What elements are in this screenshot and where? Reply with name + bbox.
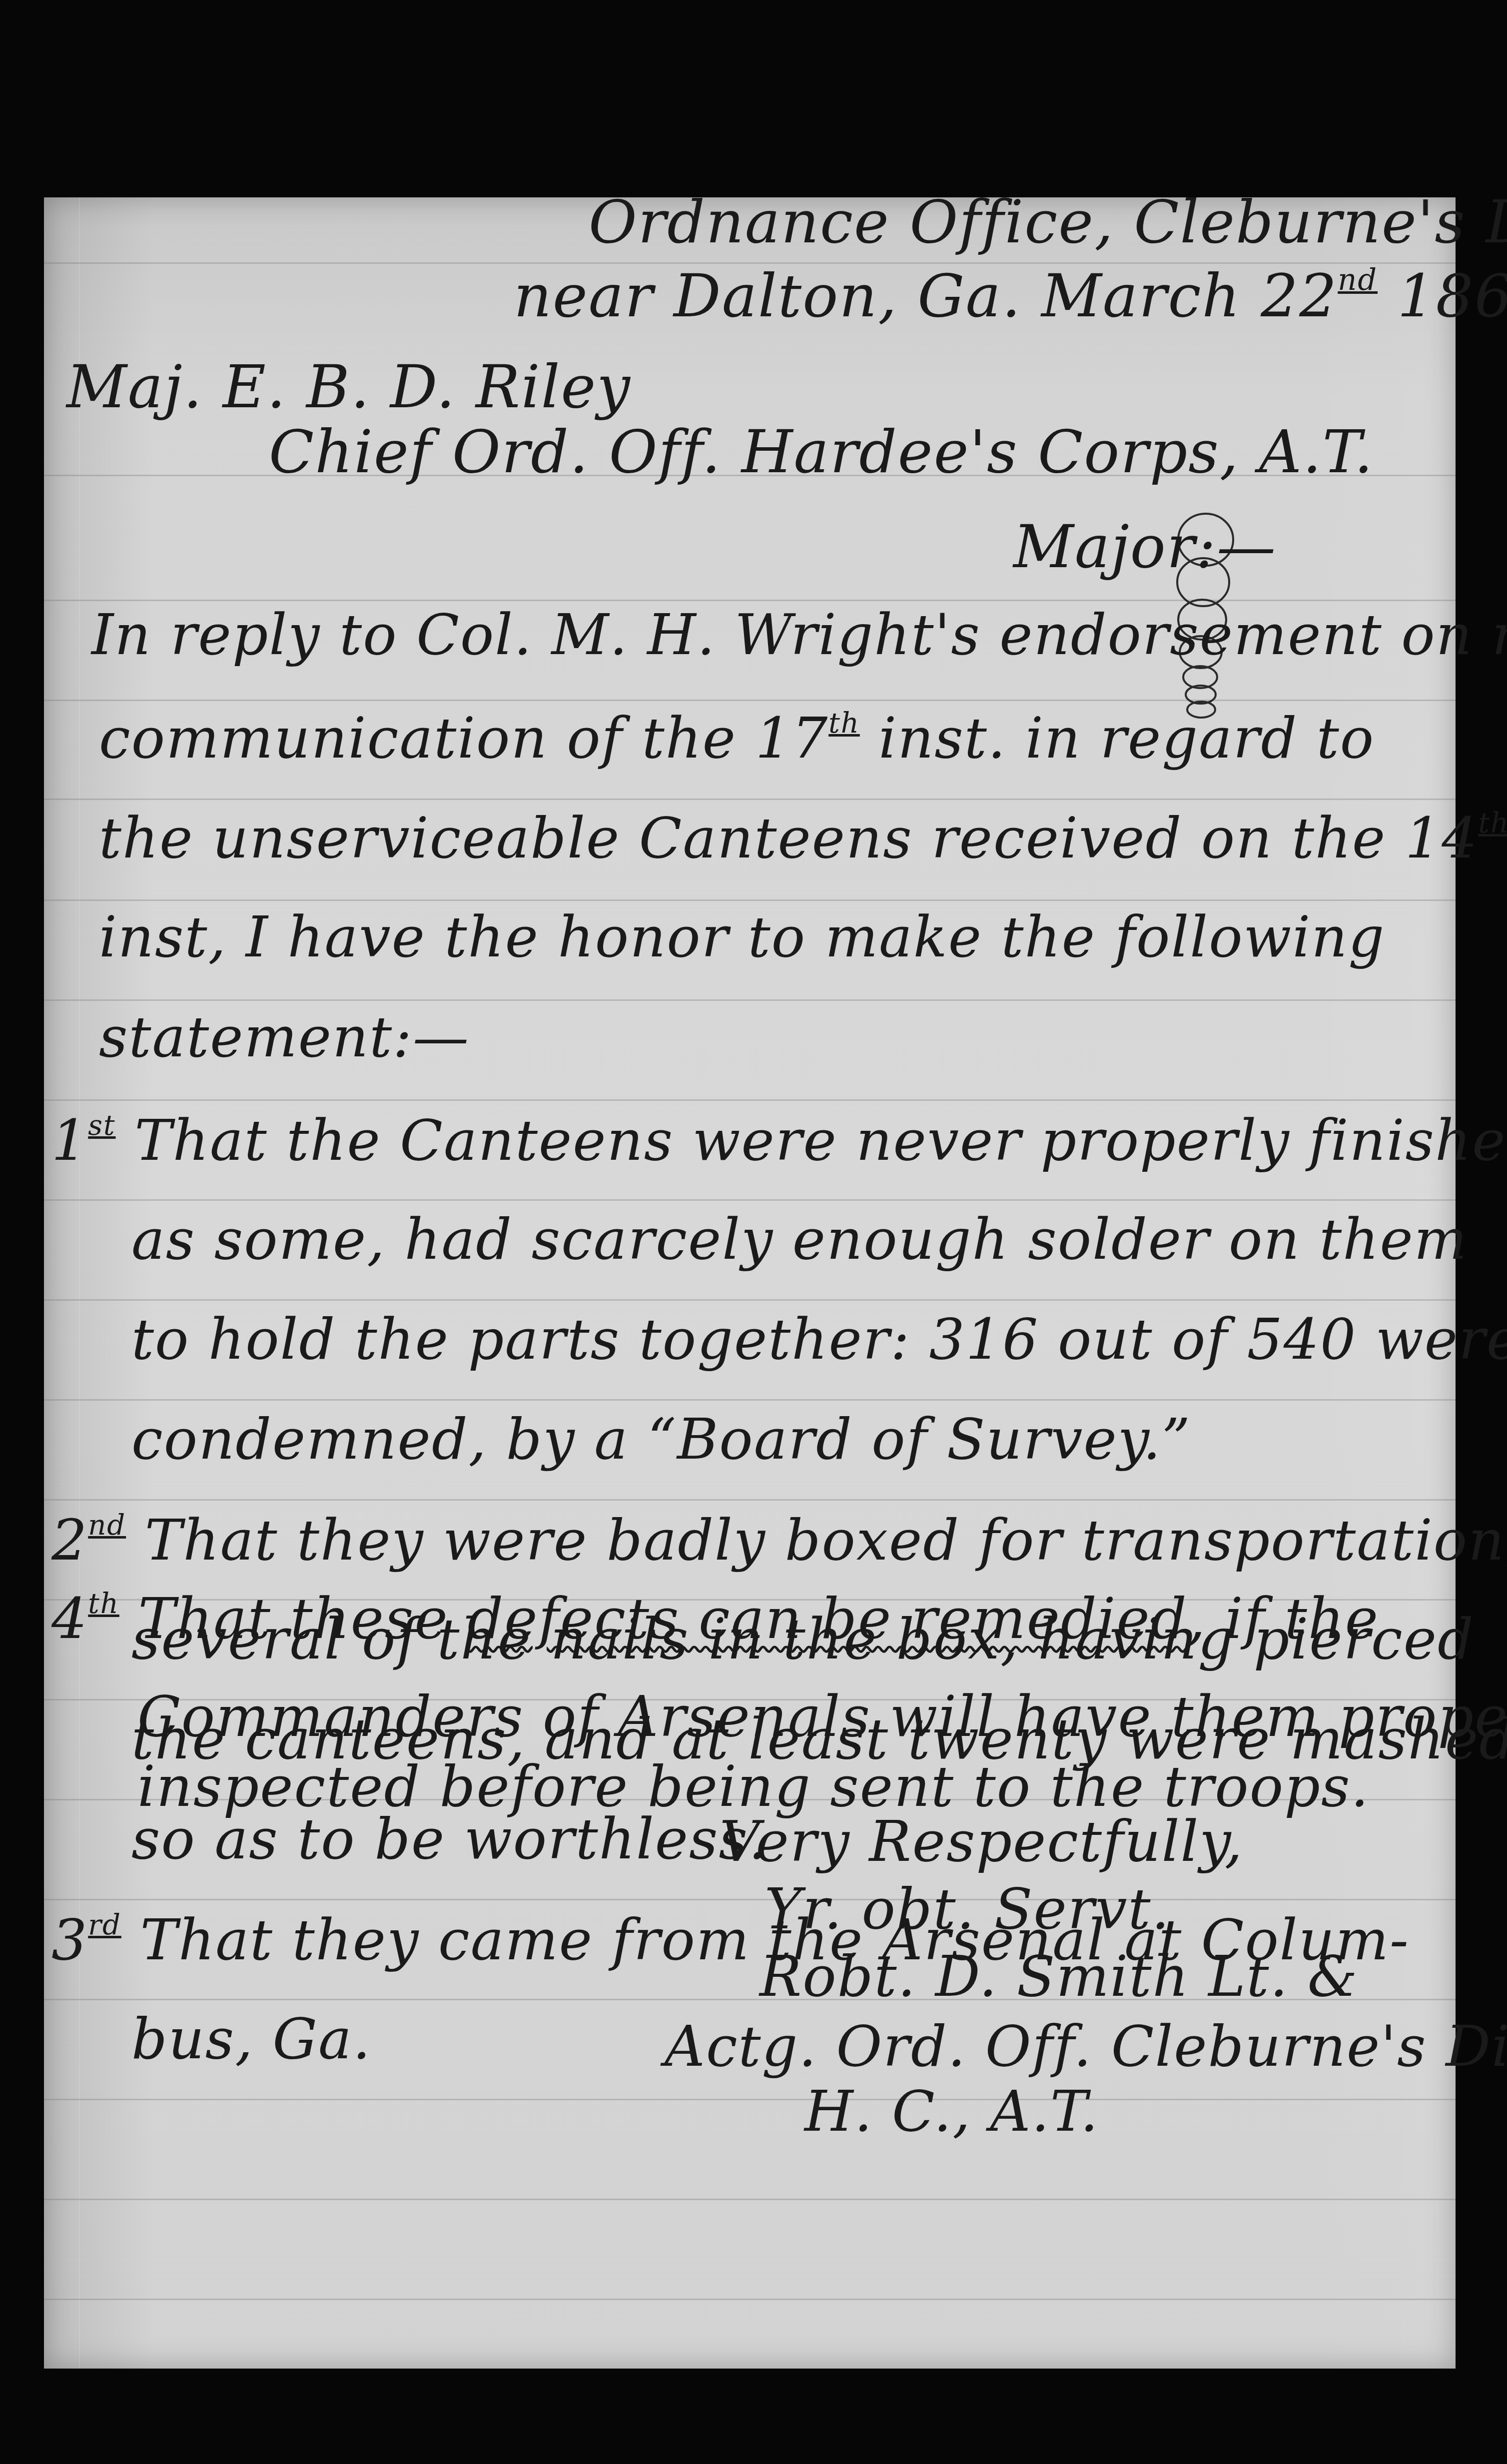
- body-text: the unserviceable Canteens received on t…: [99, 806, 1478, 871]
- point-1-line-3: to hold the parts together: 316 out of 5…: [131, 1312, 1507, 1368]
- point-2-line-4: so as to be worthless.: [131, 1811, 767, 1867]
- ruled-line: [44, 1899, 1456, 1900]
- date-year: 1864.: [1378, 261, 1507, 330]
- ruled-line: [44, 799, 1456, 800]
- point-4-line-3: inspected before being sent to the troop…: [137, 1759, 1370, 1815]
- addressee-name: Maj. E. B. D. Riley: [66, 357, 631, 416]
- ordinal: th: [1478, 807, 1507, 839]
- body-line-5: statement:—: [99, 1009, 470, 1065]
- ruled-line: [44, 999, 1456, 1001]
- ordinal: st: [88, 1109, 115, 1142]
- point-4-line-1: 4th That these defects can be remedied, …: [51, 1590, 1379, 1647]
- point-text: That they were badly boxed for transport…: [145, 1508, 1507, 1573]
- ruled-line: [44, 1399, 1456, 1401]
- ruled-line: [44, 1199, 1456, 1201]
- ruled-line: [44, 2299, 1456, 2300]
- ruled-line: [44, 899, 1456, 901]
- ruled-line: [44, 1099, 1456, 1101]
- point-text: , if the: [1188, 1587, 1380, 1651]
- ruled-line: [44, 2099, 1456, 2100]
- ordinal: rd: [88, 1909, 121, 1941]
- closing-very-respectfully: Very Respectfully,: [720, 1814, 1243, 1870]
- body-text: communication of the 17: [99, 706, 828, 771]
- body-line-2: communication of the 17th inst. in regar…: [99, 710, 1375, 767]
- heading-place-date: near Dalton, Ga. March 22nd 1864.: [514, 265, 1507, 325]
- point-number: 4: [51, 1587, 88, 1651]
- signature-name: Robt. D. Smith Lt. &: [759, 1949, 1358, 2005]
- date-ordinal: nd: [1338, 262, 1378, 297]
- signature-unit: H. C., A.T.: [804, 2084, 1099, 2140]
- ruled-line: [44, 2199, 1456, 2200]
- point-1-line-4: condemned, by a “Board of Survey.”: [131, 1412, 1191, 1468]
- point-number: 2: [51, 1508, 88, 1573]
- point-1-line-1: 1st That the Canteens were never properl…: [51, 1112, 1507, 1169]
- ordinal: th: [88, 1588, 119, 1620]
- ordinal: nd: [88, 1509, 126, 1542]
- point-number: 3: [51, 1908, 88, 1973]
- addressee-title: Chief Ord. Off. Hardee's Corps, A.T.: [269, 422, 1374, 481]
- heading-office: Ordnance Office, Cleburne's Div. A.T.: [589, 192, 1507, 251]
- closing-obedient-servant: Yr. obt. Servt.: [764, 1881, 1170, 1937]
- point-4-line-2: Commanders of Arsenals will have them pr…: [137, 1689, 1507, 1745]
- point-text: That these: [138, 1587, 467, 1651]
- signature-title: Actg. Ord. Off. Cleburne's Div.: [665, 2019, 1507, 2075]
- body-line-3: the unserviceable Canteens received on t…: [99, 810, 1507, 866]
- point-text: That the Canteens were never properly fi…: [134, 1108, 1507, 1173]
- ordinal: th: [828, 707, 860, 740]
- ruled-line: [44, 1499, 1456, 1501]
- body-line-1: In reply to Col. M. H. Wright's endorsem…: [91, 607, 1507, 663]
- ruled-line: [44, 1299, 1456, 1301]
- date-text: near Dalton, Ga. March 22: [514, 261, 1338, 330]
- point-2-line-1: 2nd That they were badly boxed for trans…: [51, 1512, 1507, 1569]
- point-number: 1: [51, 1108, 88, 1173]
- salutation: Major:—: [1013, 517, 1277, 576]
- point-3-line-2: bus, Ga.: [131, 2011, 371, 2067]
- point-1-line-2: as some, had scarcely enough solder on t…: [131, 1212, 1468, 1268]
- underlined-phrase: defects can be remedied: [467, 1587, 1187, 1651]
- body-text: inst. in regard to: [860, 706, 1375, 771]
- body-line-4: inst, I have the honor to make the follo…: [99, 909, 1385, 965]
- margin-line: [79, 197, 80, 2369]
